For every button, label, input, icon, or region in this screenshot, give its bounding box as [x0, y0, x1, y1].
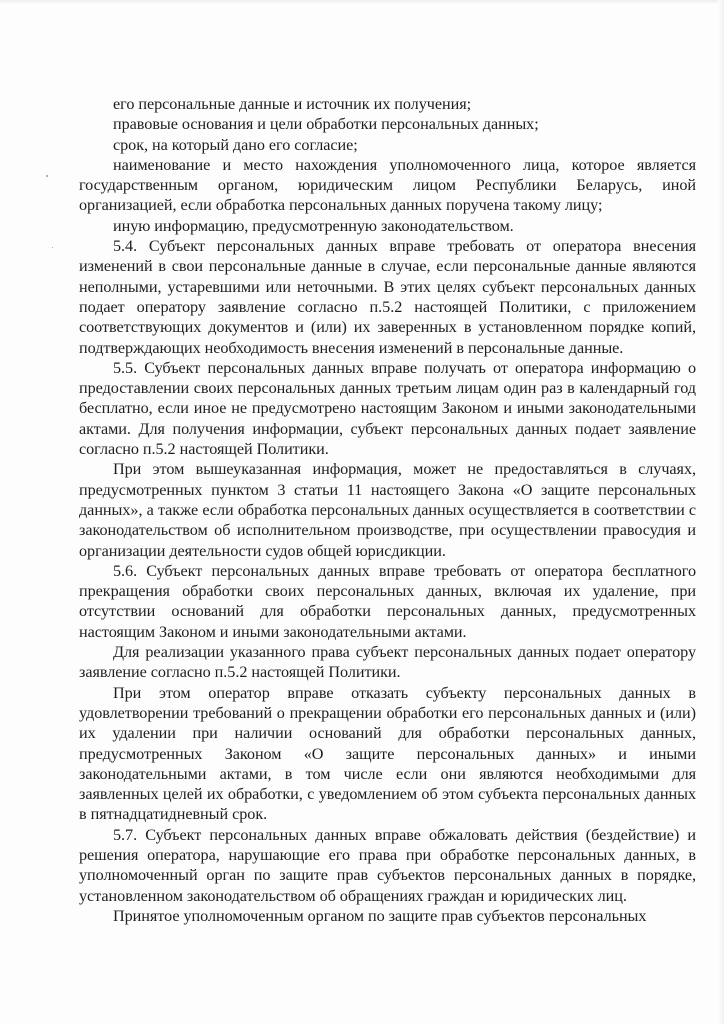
clause-5-6: 5.6. Субъект персональных данных вправе …	[79, 561, 696, 642]
scan-speck	[46, 175, 48, 177]
paragraph-decision-continued: Принятое уполномоченным органом по защит…	[79, 906, 696, 926]
page-right-edge	[718, 0, 724, 1024]
list-line-source: его персональные данные и источник их по…	[79, 94, 696, 114]
scan-speck	[52, 247, 53, 248]
paragraph-operator-refusal: При этом оператор вправе отказать субъек…	[79, 683, 696, 825]
clause-5-7: 5.7. Субъект персональных данных вправе …	[79, 825, 696, 906]
paragraph-right-realization: Для реализации указанного права субъект …	[79, 642, 696, 683]
clause-5-5: 5.5. Субъект персональных данных вправе …	[79, 358, 696, 459]
page-top-edge	[0, 0, 724, 4]
scanned-document-page: его персональные данные и источник их по…	[0, 0, 724, 1024]
paragraph-info-exceptions: При этом вышеуказанная информация, может…	[79, 459, 696, 560]
clause-5-4: 5.4. Субъект персональных данных вправе …	[79, 236, 696, 358]
list-line-consent-term: срок, на который дано его согласие;	[79, 135, 696, 155]
list-line-other-info: иную информацию, предусмотренную законод…	[79, 216, 696, 236]
document-body: его персональные данные и источник их по…	[79, 94, 696, 926]
list-line-legal-basis: правовые основания и цели обработки перс…	[79, 114, 696, 134]
list-line-authorized-person: наименование и место нахождения уполномо…	[79, 155, 696, 216]
